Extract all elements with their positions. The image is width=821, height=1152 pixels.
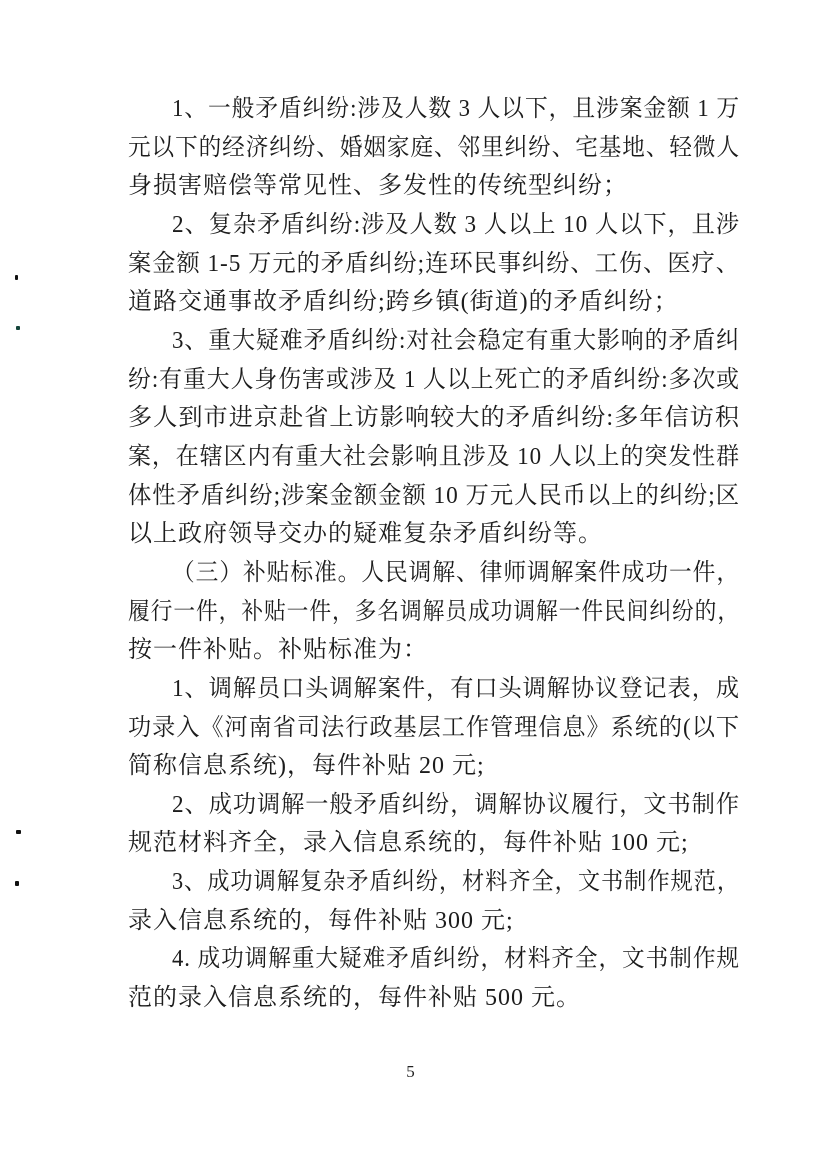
- text-line: （三）补贴标准。人民调解、律师调解案件成功一件，: [128, 554, 740, 593]
- text-line: 以上政府领导交办的疑难复杂矛盾纠纷等。: [128, 515, 740, 554]
- text-line: 范的录入信息系统的，每件补贴 500 元。: [128, 979, 740, 1018]
- text-line-content: 元以下的经济纠纷、婚姻家庭、邻里纠纷、宅基地、轻微人: [128, 129, 740, 168]
- text-line: 道路交通事故矛盾纠纷;跨乡镇(街道)的矛盾纠纷；: [128, 283, 740, 322]
- text-line-content: 简称信息系统)，每件补贴 20 元;: [128, 747, 485, 786]
- text-line-content: 3、重大疑难矛盾纠纷:对社会稳定有重大影响的矛盾纠: [172, 322, 740, 361]
- paragraph: 2、复杂矛盾纠纷:涉及人数 3 人以上 10 人以下，且涉案金额 1-5 万元的…: [128, 206, 740, 322]
- text-line-content: 纷:有重大人身伤害或涉及 1 人以上死亡的矛盾纠纷:多次或: [128, 361, 740, 400]
- text-line: 案，在辖区内有重大社会影响且涉及 10 人以上的突发性群: [128, 438, 740, 477]
- text-line-content: 以上政府领导交办的疑难复杂矛盾纠纷等。: [128, 515, 603, 554]
- text-line: 规范材料齐全，录入信息系统的，每件补贴 100 元;: [128, 824, 740, 863]
- scan-speck: [16, 830, 21, 834]
- text-line: 4. 成功调解重大疑难矛盾纠纷，材料齐全，文书制作规: [128, 940, 740, 979]
- text-line-content: 3、成功调解复杂矛盾纠纷，材料齐全，文书制作规范，: [172, 863, 740, 902]
- text-line: 元以下的经济纠纷、婚姻家庭、邻里纠纷、宅基地、轻微人: [128, 129, 740, 168]
- text-line: 身损害赔偿等常见性、多发性的传统型纠纷；: [128, 167, 740, 206]
- text-line: 多人到市进京赴省上访影响较大的矛盾纠纷:多年信访积: [128, 399, 740, 438]
- text-line: 履行一件，补贴一件，多名调解员成功调解一件民间纠纷的，: [128, 593, 740, 632]
- text-line-content: 规范材料齐全，录入信息系统的，每件补贴 100 元;: [128, 824, 689, 863]
- text-line: 2、复杂矛盾纠纷:涉及人数 3 人以上 10 人以下，且涉: [128, 206, 740, 245]
- paragraph: （三）补贴标准。人民调解、律师调解案件成功一件，履行一件，补贴一件，多名调解员成…: [128, 554, 740, 670]
- text-line-content: （三）补贴标准。人民调解、律师调解案件成功一件，: [172, 554, 740, 593]
- paragraph: 4. 成功调解重大疑难矛盾纠纷，材料齐全，文书制作规范的录入信息系统的，每件补贴…: [128, 940, 740, 1017]
- text-line: 体性矛盾纠纷;涉案金额金额 10 万元人民币以上的纠纷;区: [128, 477, 740, 516]
- text-line-content: 4. 成功调解重大疑难矛盾纠纷，材料齐全，文书制作规: [172, 940, 740, 979]
- text-line-content: 2、成功调解一般矛盾纠纷，调解协议履行，文书制作: [172, 786, 740, 825]
- scan-speck: [15, 275, 18, 280]
- text-line: 1、一般矛盾纠纷:涉及人数 3 人以下，且涉案金额 1 万: [128, 90, 740, 129]
- text-line: 功录入《河南省司法行政基层工作管理信息》系统的(以下: [128, 709, 740, 748]
- text-line-content: 录入信息系统的，每件补贴 300 元;: [128, 902, 514, 941]
- paragraph: 3、成功调解复杂矛盾纠纷，材料齐全，文书制作规范，录入信息系统的，每件补贴 30…: [128, 863, 740, 940]
- document-body: 1、一般矛盾纠纷:涉及人数 3 人以下，且涉案金额 1 万元以下的经济纠纷、婚姻…: [128, 90, 740, 1018]
- scan-speck: [15, 881, 19, 886]
- text-line-content: 多人到市进京赴省上访影响较大的矛盾纠纷:多年信访积: [128, 399, 740, 438]
- text-line: 录入信息系统的，每件补贴 300 元;: [128, 902, 740, 941]
- text-line: 案金额 1-5 万元的矛盾纠纷;连环民事纠纷、工伤、医疗、: [128, 245, 740, 284]
- text-line: 2、成功调解一般矛盾纠纷，调解协议履行，文书制作: [128, 786, 740, 825]
- text-line-content: 体性矛盾纠纷;涉案金额金额 10 万元人民币以上的纠纷;区: [128, 477, 740, 516]
- paragraph: 3、重大疑难矛盾纠纷:对社会稳定有重大影响的矛盾纠纷:有重大人身伤害或涉及 1 …: [128, 322, 740, 554]
- text-line: 3、重大疑难矛盾纠纷:对社会稳定有重大影响的矛盾纠: [128, 322, 740, 361]
- text-line-content: 2、复杂矛盾纠纷:涉及人数 3 人以上 10 人以下，且涉: [172, 206, 740, 245]
- text-line-content: 1、一般矛盾纠纷:涉及人数 3 人以下，且涉案金额 1 万: [172, 90, 740, 129]
- paragraph: 2、成功调解一般矛盾纠纷，调解协议履行，文书制作规范材料齐全，录入信息系统的，每…: [128, 786, 740, 863]
- document-page: 1、一般矛盾纠纷:涉及人数 3 人以下，且涉案金额 1 万元以下的经济纠纷、婚姻…: [0, 0, 821, 1152]
- text-line-content: 1、调解员口头调解案件，有口头调解协议登记表，成: [172, 670, 740, 709]
- text-line-content: 身损害赔偿等常见性、多发性的传统型纠纷；: [128, 167, 628, 206]
- page-footer: 5: [0, 1062, 821, 1082]
- text-line-content: 履行一件，补贴一件，多名调解员成功调解一件民间纠纷的，: [128, 593, 740, 632]
- text-line: 按一件补贴。补贴标准为：: [128, 631, 740, 670]
- text-line-content: 案金额 1-5 万元的矛盾纠纷;连环民事纠纷、工伤、医疗、: [128, 245, 740, 284]
- text-line-content: 案，在辖区内有重大社会影响且涉及 10 人以上的突发性群: [128, 438, 740, 477]
- paragraph: 1、调解员口头调解案件，有口头调解协议登记表，成功录入《河南省司法行政基层工作管…: [128, 670, 740, 786]
- text-line: 1、调解员口头调解案件，有口头调解协议登记表，成: [128, 670, 740, 709]
- paragraph: 1、一般矛盾纠纷:涉及人数 3 人以下，且涉案金额 1 万元以下的经济纠纷、婚姻…: [128, 90, 740, 206]
- text-line-content: 功录入《河南省司法行政基层工作管理信息》系统的(以下: [128, 709, 740, 748]
- scan-speck: [16, 326, 20, 330]
- text-line-content: 道路交通事故矛盾纠纷;跨乡镇(街道)的矛盾纠纷；: [128, 283, 679, 322]
- page-number: 5: [406, 1062, 415, 1081]
- text-line: 3、成功调解复杂矛盾纠纷，材料齐全，文书制作规范，: [128, 863, 740, 902]
- text-line-content: 按一件补贴。补贴标准为：: [128, 631, 428, 670]
- text-line: 纷:有重大人身伤害或涉及 1 人以上死亡的矛盾纠纷:多次或: [128, 361, 740, 400]
- text-line: 简称信息系统)，每件补贴 20 元;: [128, 747, 740, 786]
- text-line-content: 范的录入信息系统的，每件补贴 500 元。: [128, 979, 581, 1018]
